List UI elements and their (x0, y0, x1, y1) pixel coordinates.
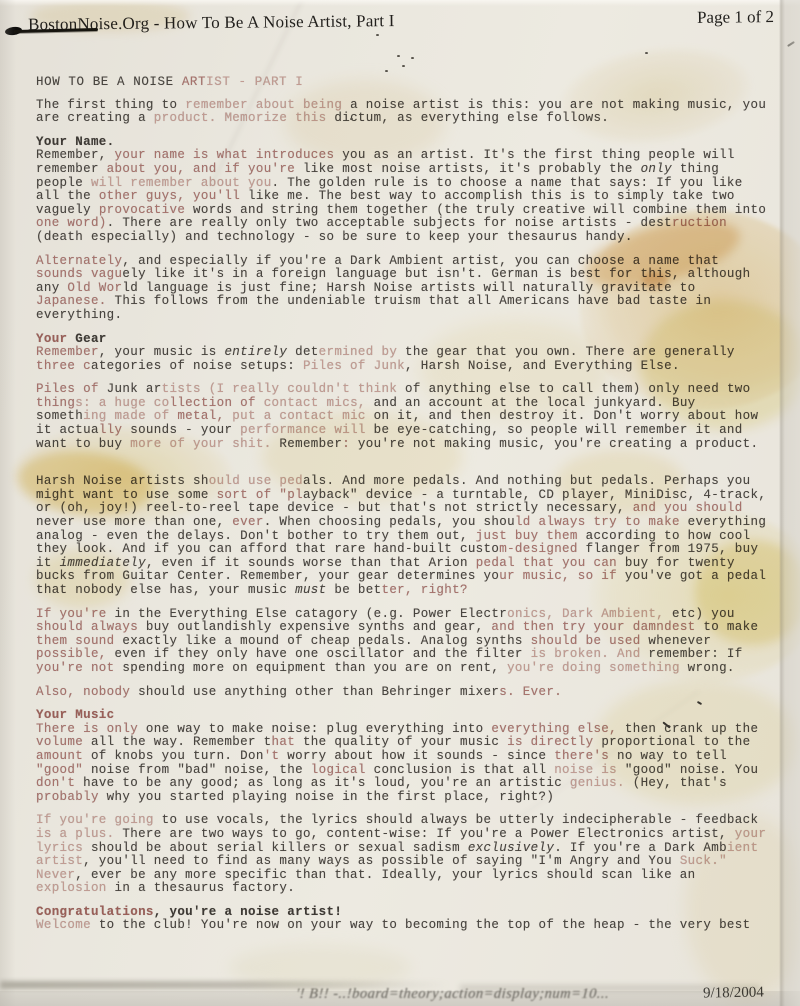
text-segment: remember: If (641, 647, 743, 661)
paragraph: Welcome to the club! You're now on your … (36, 919, 768, 933)
text-segment: det (287, 345, 318, 359)
text-segment: everything else, (491, 722, 617, 736)
paragraph: Remember, your name is what introduces y… (36, 149, 768, 244)
text-segment: ART (182, 75, 206, 89)
text-segment: The first thing to (36, 98, 185, 112)
text-segment: buy outlandishly expensive synths and ge… (138, 620, 491, 634)
text-segment: "good" noise. You (617, 763, 758, 777)
text-segment: in a thesaurus factory. (107, 881, 295, 895)
text-segment: whenever (641, 634, 712, 648)
text-segment: never use more than one, (36, 515, 232, 529)
text-segment: conclusion is that all (366, 763, 554, 777)
text-segment: m-designed (499, 542, 578, 556)
text-segment: one way to make noise: plug everything i… (138, 722, 491, 736)
document-body: HOW TO BE A NOISE ARTIST - PART IThe fir… (36, 76, 768, 943)
text-segment: is a plus. (36, 827, 115, 841)
text-segment: , ever be any more specific than that. I… (75, 868, 695, 882)
text-segment: three c (36, 359, 91, 373)
text-segment: s. Ever. (499, 685, 562, 699)
text-segment: entirely (224, 345, 287, 359)
text-segment: possible, (36, 647, 107, 661)
scanned-page: BostonNoise.Org - How To Be A Noise Arti… (0, 0, 800, 1006)
text-segment: ld always try to make (515, 515, 680, 529)
text-segment: HOW TO BE A NOISE (36, 75, 182, 89)
text-segment: , your music is (99, 345, 225, 359)
text-segment: is broken. And (531, 647, 641, 661)
text-segment: If you're going (36, 813, 154, 827)
footer-date: 9/18/2004 (703, 984, 764, 1002)
text-segment: Welcome (36, 918, 91, 932)
text-segment: and you should (633, 501, 743, 515)
paragraph: If you're going to use vocals, the lyric… (36, 814, 768, 896)
text-segment: in the Everything Else catagory (e.g. Po… (107, 607, 507, 621)
text-segment: and then try your damndest (491, 620, 695, 634)
text-segment: the gear that you own. There are general… (397, 345, 735, 359)
text-segment: must (295, 583, 326, 597)
text-segment: logical (311, 763, 366, 777)
text-segment: about you, and if you're (107, 162, 295, 176)
paper-edge (0, 0, 16, 1006)
text-segment: is directly (507, 735, 593, 749)
text-segment: them sound (36, 634, 115, 648)
text-segment: explosion (36, 881, 107, 895)
text-segment: 't (264, 749, 280, 763)
text-segment: should use anything other than Behringer… (130, 685, 499, 699)
text-segment: sounds vagu (36, 267, 122, 281)
section-heading: Your Name. (36, 136, 768, 150)
ink-speck (411, 57, 414, 59)
text-segment: ermined by (319, 345, 398, 359)
text-segment: provocative (99, 203, 185, 217)
text-segment: to the club! You're now on your way to b… (91, 918, 751, 932)
text-segment: (death especially) and technology - so b… (36, 230, 633, 244)
text-segment: . When choosing pedals, you shou (264, 515, 515, 529)
ink-speck (402, 65, 405, 67)
text-segment: tists (I really couldn't think (162, 382, 398, 396)
text-segment: (Hey, that's (625, 776, 727, 790)
text-segment: exclusively (468, 841, 554, 855)
text-segment: should be about serial killers or sexual… (83, 841, 468, 855)
text-segment: ould use ped (209, 474, 303, 488)
text-segment: ter, right? (381, 583, 467, 597)
text-segment: words and string them together (the trul… (185, 203, 766, 217)
ink-speck (397, 55, 400, 57)
text-segment: IST - PART I (206, 75, 303, 89)
ink-speck (385, 70, 388, 72)
text-segment: pedal that you can (476, 556, 617, 570)
text-segment: amount (36, 749, 83, 763)
text-segment: Your Music (36, 708, 115, 722)
text-segment: probably (36, 790, 99, 804)
text-segment: no way to tell (609, 749, 727, 763)
print-header: BostonNoise.Org - How To Be A Noise Arti… (28, 7, 774, 35)
paragraph: Also, nobody should use anything other t… (36, 686, 768, 700)
text-segment: even if they only have one oscillator an… (107, 647, 531, 661)
text-segment: llection of (169, 396, 263, 410)
text-segment: worry about how it sounds - since (279, 749, 554, 763)
text-segment: put a contact mic (232, 409, 365, 423)
text-segment: Also, nobody (36, 685, 130, 699)
text-segment: genius. (570, 776, 625, 790)
paragraph: The first thing to remember about being … (36, 99, 768, 126)
text-segment: ever (232, 515, 263, 529)
text-segment: one word) (36, 216, 107, 230)
ink-speck (645, 52, 648, 54)
text-segment: ld language is just fine; Harsh Noise ar… (122, 281, 695, 295)
text-segment: of knobs you turn. Don (83, 749, 264, 763)
text-segment: remember about being (185, 98, 342, 112)
text-segment: to make (696, 620, 759, 634)
paper-edge (779, 0, 800, 1006)
text-segment: ing made of (83, 409, 177, 423)
text-segment: more of your shit. (130, 437, 271, 451)
text-segment: the quality of your music (295, 735, 507, 749)
text-segment: volume (36, 735, 83, 749)
text-segment: Junk ar (107, 382, 162, 396)
text-segment: , you're a noise artist! (154, 905, 342, 919)
document-title: HOW TO BE A NOISE ARTIST - PART I (36, 76, 768, 90)
text-segment: Harsh Noise artists sh (36, 474, 209, 488)
text-segment: Remember, (36, 148, 115, 162)
paragraph: Piles of Junk artists (I really couldn't… (36, 383, 768, 451)
paragraph: Harsh Noise artists should use pedals. A… (36, 475, 768, 597)
text-segment: only (641, 162, 672, 176)
text-segment: If you're (36, 607, 107, 621)
text-segment: Old Wor (67, 281, 122, 295)
scanned-document-screenshot: { "header": { "title": "BostonNoise.Org … (0, 0, 800, 1006)
text-segment: sounds - your (122, 423, 240, 437)
text-segment: There is only (36, 722, 138, 736)
text-segment: There are two ways to go, content-wise: … (115, 827, 735, 841)
text-segment: immediately (60, 556, 146, 570)
text-segment: Remember (36, 345, 99, 359)
text-segment: like most noise artists, it's probably t… (295, 162, 640, 176)
paragraph: Remember, your music is entirely determi… (36, 346, 768, 373)
text-segment: to use vocals, the lyrics should always … (154, 813, 759, 827)
text-segment: Your Name. (36, 135, 115, 149)
text-segment: you're not making music, you're creating… (350, 437, 758, 451)
text-segment: don't (36, 776, 75, 790)
text-segment: . If you're a Dark Amb (554, 841, 727, 855)
text-segment: Remember (272, 437, 343, 451)
text-segment: of anything else to call them) only need… (397, 382, 750, 396)
text-segment: ur music, so if (499, 569, 617, 583)
text-segment: Gear (67, 332, 106, 346)
paper-edge (0, 0, 800, 6)
text-segment: ategories of noise setups: (91, 359, 303, 373)
section-heading: Congratulations, you're a noise artist! (36, 906, 768, 920)
text-segment: Alternately (36, 254, 122, 268)
text-segment: Your (36, 332, 67, 346)
text-segment: performance will (240, 423, 366, 437)
text-segment: ruction (672, 216, 727, 230)
text-segment: sort of "pl (217, 488, 303, 502)
paragraph: Alternately, and especially if you're a … (36, 255, 768, 323)
page-indicator: Page 1 of 2 (697, 7, 774, 28)
ink-speck (376, 34, 379, 36)
section-heading: Your Gear (36, 333, 768, 347)
text-segment: thing (36, 396, 75, 410)
text-segment: contact mics, (264, 396, 366, 410)
paragraph: If you're in the Everything Else catagor… (36, 608, 768, 676)
text-segment: why you started playing noise in the fir… (99, 790, 554, 804)
text-segment: Piles of (36, 382, 107, 396)
text-segment: all the way. Remember t (83, 735, 271, 749)
text-segment: Congratulations (36, 905, 154, 919)
text-segment: , even if it sounds worse than that Ario… (146, 556, 476, 570)
print-footer: '! B!! -..!board=theory;action=display;n… (0, 980, 800, 1006)
text-segment: : (342, 437, 350, 451)
text-segment: lly (99, 423, 123, 437)
text-segment: "good" (36, 763, 83, 777)
text-segment: be bet (327, 583, 382, 597)
text-segment: Japanese. (36, 294, 107, 308)
footer-url-fragment: '! B!! -..!board=theory;action=display;n… (295, 986, 609, 1003)
text-segment: dictum, as everything else follows. (327, 111, 610, 125)
text-segment: , Harsh Noise, and Everything Else. (405, 359, 680, 373)
text-segment: . There are really only two acceptable s… (107, 216, 672, 230)
text-segment: Piles of Junk (303, 359, 405, 373)
text-segment: exactly like a mound of cheap pedals. An… (115, 634, 531, 648)
text-segment: wrong. (680, 661, 735, 675)
text-segment: other guys, you'll (99, 189, 240, 203)
text-segment: metal, (177, 409, 232, 423)
text-segment: you're not (36, 661, 115, 675)
ink-speck (350, 118, 353, 120)
text-segment: have to be any good; as long as it's lou… (75, 776, 570, 790)
text-segment: , you'll need to find as many ways as po… (83, 854, 680, 868)
header-title: BostonNoise.Org - How To Be A Noise Arti… (28, 11, 395, 35)
text-segment: will remember about you (91, 176, 272, 190)
text-segment: hat (272, 735, 296, 749)
text-segment: onics, Dark Ambient, (507, 607, 664, 621)
text-segment: This follows from the undeniable truism … (36, 294, 711, 322)
text-segment: should be used (531, 634, 641, 648)
text-segment: just buy them (476, 529, 578, 543)
text-segment: should always (36, 620, 138, 634)
text-segment: you're doing something (507, 661, 680, 675)
text-segment: spending more on equipment than you are … (115, 661, 508, 675)
text-segment: noise from "bad" noise, the (83, 763, 311, 777)
text-segment: , and especially if you're a Dark Ambien… (122, 254, 719, 268)
text-segment: etc) you (664, 607, 735, 621)
paragraph: There is only one way to make noise: plu… (36, 723, 768, 805)
text-segment: s: a huge co (75, 396, 169, 410)
